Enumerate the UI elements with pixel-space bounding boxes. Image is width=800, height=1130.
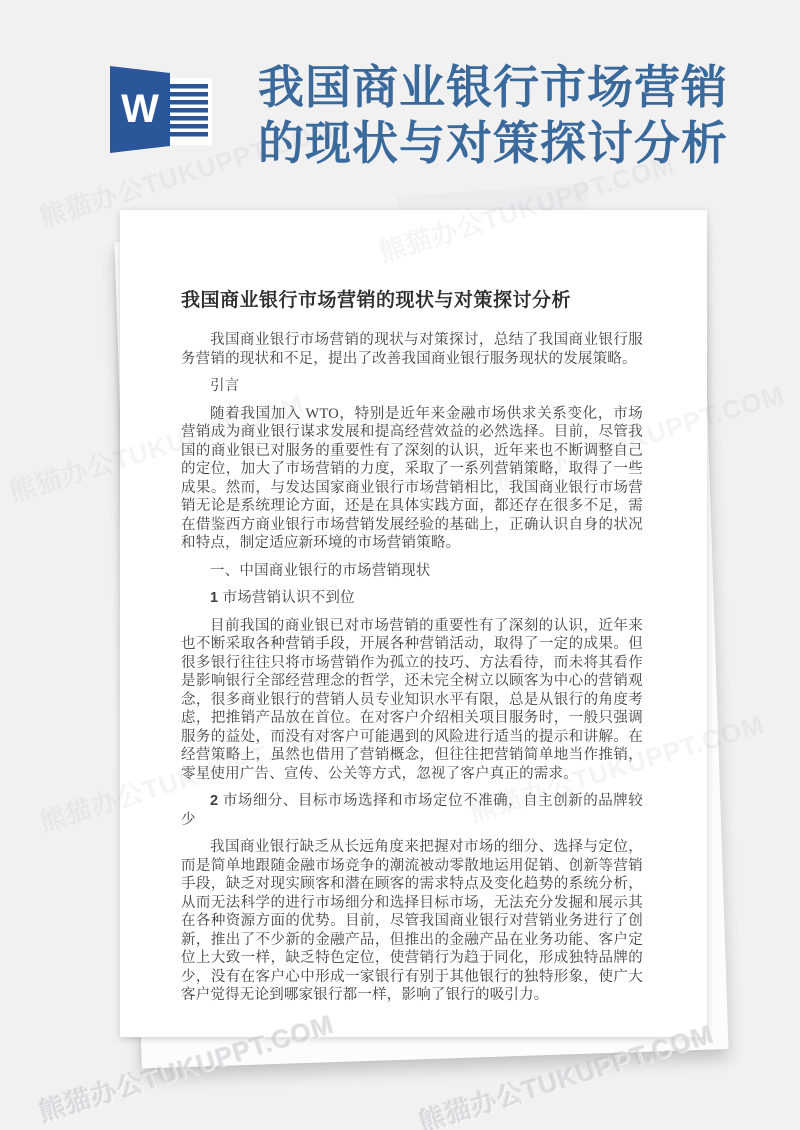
word-logo-sheet xyxy=(170,78,212,145)
document-body: 我国商业银行市场营销的现状与对策探讨，总结了我国商业银行服务营销的现状和不足，提… xyxy=(181,331,643,1005)
document-title: 我国商业银行市场营销的现状与对策探讨分析 xyxy=(181,288,643,314)
section-heading-number: 1 xyxy=(210,590,223,606)
section-heading: 引言 xyxy=(181,377,643,396)
page-title-line1: 我国商业银行市场营销 xyxy=(258,62,728,113)
section-heading: 1 市场营销认识不到位 xyxy=(181,589,643,608)
word-logo-doc-lines xyxy=(170,84,208,139)
body-paragraph: 我国商业银行缺乏从长远角度来把握对市场的细分、选择与定位，而是简单地跟随金融市场… xyxy=(181,838,643,1005)
page-title-line2: 的现状与对策探讨分析 xyxy=(258,118,728,169)
section-heading: 一、中国商业银行的市场营销现状 xyxy=(181,562,643,581)
document-page-content: 我国商业银行市场营销的现状与对策探讨分析 我国商业银行市场营销的现状与对策探讨，… xyxy=(120,210,707,1005)
document-preview-canvas: W 我国商业银行市场营销 的现状与对策探讨分析 我国商业银行市场营销的现状与对策… xyxy=(0,0,800,1130)
word-logo-letter: W xyxy=(121,89,159,129)
body-paragraph: 目前我国的商业银已对市场营销的重要性有了深刻的认识，近年来也不断采取各种营销手段… xyxy=(181,617,643,784)
document-page: 我国商业银行市场营销的现状与对策探讨分析 我国商业银行市场营销的现状与对策探讨，… xyxy=(120,210,707,1037)
word-logo-flap: W xyxy=(110,66,170,153)
body-paragraph: 我国商业银行市场营销的现状与对策探讨，总结了我国商业银行服务营销的现状和不足，提… xyxy=(181,331,643,368)
word-logo-icon: W xyxy=(110,66,212,153)
section-heading-number: 2 xyxy=(210,793,223,809)
section-heading: 2 市场细分、目标市场选择和市场定位不准确，自主创新的品牌较少 xyxy=(181,792,643,829)
page-title: 我国商业银行市场营销 的现状与对策探讨分析 xyxy=(258,60,728,172)
body-paragraph: 随着我国加入 WTO，特别是近年来金融市场供求关系变化，市场营销成为商业银行谋求… xyxy=(181,405,643,553)
